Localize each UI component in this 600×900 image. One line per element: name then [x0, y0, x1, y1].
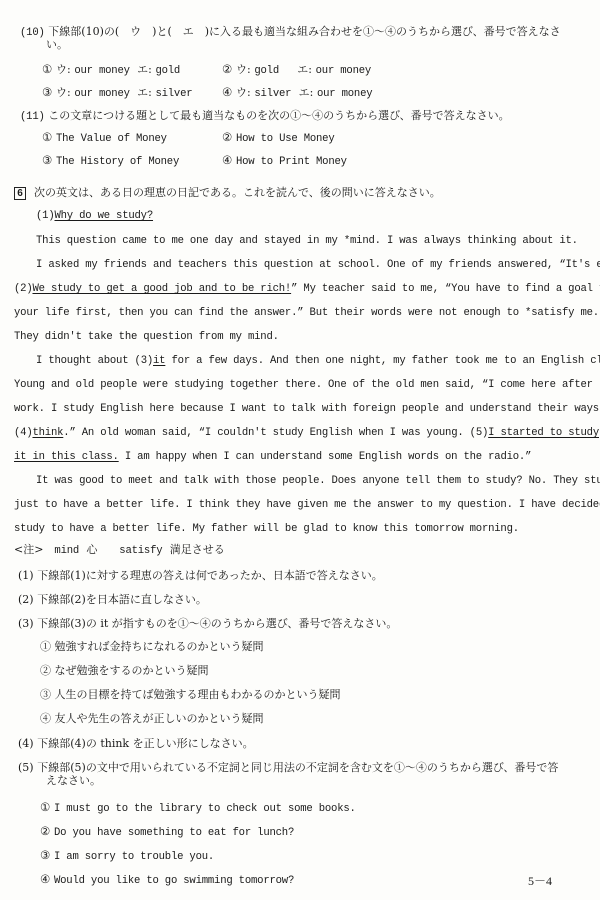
section-number-badge: 6: [14, 187, 26, 200]
question-5-line2: えなさい。: [46, 774, 101, 788]
option-marker: ①: [42, 130, 52, 144]
q10-option-1: ① ウ: our money エ: gold: [42, 62, 180, 78]
q11-number: (11): [20, 111, 45, 123]
option-marker: ②: [222, 130, 232, 144]
question-3: (3) 下線部(3)の it が指すものを①～④のうちから選び、番号で答えなさい…: [18, 616, 397, 631]
e-label: エ:: [137, 63, 152, 76]
passage-text: I thought about: [36, 355, 135, 367]
underlined-phrase-5b: it in this class.: [14, 451, 119, 463]
q3-option-3: ③ 人生の目標を持てば勉強する理由もわかるのかという疑問: [40, 688, 341, 702]
q5-option-2: ② Do you have something to eat for lunch…: [40, 824, 294, 840]
q10-number: (10): [20, 27, 45, 39]
underlined-phrase-5a: I started to study: [488, 427, 599, 439]
option-marker: ①: [42, 62, 52, 76]
e-value: our money: [316, 65, 371, 77]
underlined-word-3: it: [153, 355, 165, 367]
q10-option-3: ③ ウ: our money エ: silver: [42, 85, 192, 101]
q5-option-4: ④ Would you like to go swimming tomorrow…: [40, 872, 294, 888]
option-text: Do you have something to eat for lunch?: [54, 827, 294, 839]
u-label: ウ:: [236, 86, 251, 99]
section-intro-text: 次の英文は、ある日の理恵の日記である。これを読んで、後の問いに答えなさい。: [34, 186, 441, 199]
passage-p3-l2: Young and old people were studying toget…: [14, 378, 593, 392]
passage-p2-l4: They didn't take the question from my mi…: [14, 330, 279, 344]
notes-label: <注>: [14, 543, 43, 556]
q11-option-2: ② How to Use Money: [222, 130, 335, 146]
e-value: gold: [155, 65, 180, 77]
question-text: 下線部(3)の it が指すものを①～④のうちから選び、番号で答えなさい。: [37, 617, 397, 630]
question-4: (4) 下線部(4)の think を正しい形にしなさい。: [18, 736, 254, 751]
q3-option-1: ① 勉強すれば金持ちになれるのかという疑問: [40, 640, 264, 654]
q10-prompt-line1: 下線部(10)の( ウ )と( エ )に入る最も適当な組み合わせを①～④のうちか…: [48, 25, 560, 38]
u-value: our money: [74, 88, 129, 100]
question-text: 下線部(5)の文中で用いられている不定詞と同じ用法の不定詞を含む文を①～④のうち…: [37, 761, 558, 774]
passage-p3-l1: I thought about (3)it for a few days. An…: [36, 354, 600, 368]
note-word: mind: [54, 545, 79, 557]
underlined-word-4: think: [32, 427, 63, 439]
passage-p2-l3: your life first, then you can find the a…: [14, 306, 599, 320]
q10-option-4: ④ ウ: silver エ: our money: [222, 85, 372, 101]
passage-p3-l3: work. I study English here because I wan…: [14, 402, 600, 416]
option-text: Would you like to go swimming tomorrow?: [54, 875, 294, 887]
q5-option-3: ③ I am sorry to trouble you.: [40, 848, 214, 864]
option-text: How to Use Money: [236, 133, 335, 145]
question-number: (4): [18, 737, 34, 750]
underline-marker-3: (3): [135, 355, 153, 367]
passage-text: ” My teacher said to me, “You have to fi…: [291, 283, 600, 295]
underlined-title: Why do we study?: [54, 210, 153, 222]
note-meaning: 満足させる: [170, 543, 225, 556]
option-text: I must go to the library to check out so…: [54, 803, 356, 815]
question-number: (1): [18, 569, 34, 582]
note-word: satisfy: [119, 545, 162, 557]
question-1: (1) 下線部(1)に対する理恵の答えは何であったか、日本語で答えなさい。: [18, 568, 383, 583]
underline-marker-2: (2): [14, 283, 32, 295]
q11-option-1: ① The Value of Money: [42, 130, 167, 146]
u-value: gold: [254, 65, 279, 77]
u-value: silver: [254, 88, 291, 100]
option-text: 勉強すれば金持ちになれるのかという疑問: [55, 640, 264, 653]
underline-marker-5: (5): [470, 427, 488, 439]
option-text: 人生の目標を持てば勉強する理由もわかるのかという疑問: [55, 688, 341, 701]
question-number: (3): [18, 617, 34, 630]
underlined-phrase-2: We study to get a good job and to be ric…: [32, 283, 291, 295]
e-label: エ:: [297, 63, 312, 76]
q5-option-1: ① I must go to the library to check out …: [40, 800, 356, 816]
passage-p2-l1: I asked my friends and teachers this que…: [36, 258, 600, 272]
passage-p2-l2: (2)We study to get a good job and to be …: [14, 282, 600, 296]
u-value: our money: [74, 65, 129, 77]
passage-p3-l5: it in this class. I am happy when I can …: [14, 450, 531, 464]
u-label: ウ:: [236, 63, 251, 76]
question-number: (2): [18, 593, 34, 606]
q10-prompt-line2: い。: [46, 38, 68, 52]
passage-title: (1)Why do we study?: [36, 209, 153, 223]
passage-p4-l1: It was good to meet and talk with those …: [36, 474, 600, 488]
q11-option-4: ④ How to Print Money: [222, 153, 347, 169]
option-marker: ③: [42, 85, 52, 99]
option-marker: ③: [40, 848, 50, 862]
option-marker: ①: [40, 640, 51, 653]
vocabulary-notes: <注> mind 心 satisfy 満足させる: [14, 542, 225, 558]
option-marker: ①: [40, 800, 50, 814]
passage-text: for a few days. And then one night, my f…: [165, 355, 600, 367]
page-number: 5－4: [528, 872, 552, 889]
option-text: The History of Money: [56, 156, 179, 168]
passage-text: .” An old woman said, “I couldn't study …: [63, 427, 469, 439]
option-marker: ④: [222, 153, 232, 167]
option-marker: ②: [40, 664, 51, 677]
option-marker: ③: [40, 688, 51, 701]
option-marker: ④: [222, 85, 232, 99]
option-text: The Value of Money: [56, 133, 167, 145]
q10-prompt: (10) 下線部(10)の( ウ )と( エ )に入る最も適当な組み合わせを①～…: [20, 24, 561, 40]
passage-p1: This question came to me one day and sta…: [36, 234, 578, 248]
section-6-intro: 6次の英文は、ある日の理恵の日記である。これを読んで、後の問いに答えなさい。: [14, 185, 441, 200]
passage-p4-l3: study to have a better life. My father w…: [14, 522, 519, 536]
u-label: ウ:: [56, 63, 71, 76]
q11-option-3: ③ The History of Money: [42, 153, 179, 169]
option-text: 友人や先生の答えが正しいのかという疑問: [55, 712, 264, 725]
e-label: エ:: [137, 86, 152, 99]
note-meaning: 心: [86, 543, 97, 556]
question-text: 下線部(1)に対する理恵の答えは何であったか、日本語で答えなさい。: [37, 569, 382, 582]
question-2: (2) 下線部(2)を日本語に直しなさい。: [18, 592, 207, 607]
option-marker: ④: [40, 872, 50, 886]
passage-p3-l4: (4)think.” An old woman said, “I couldn'…: [14, 426, 599, 440]
q11-prompt: (11) この文章につける題として最も適当なものを次の①～④のうちから選び、番号…: [20, 108, 510, 124]
underline-marker-4: (4): [14, 427, 32, 439]
question-text: 下線部(4)の think を正しい形にしなさい。: [37, 737, 253, 750]
option-marker: ④: [40, 712, 51, 725]
question-5: (5) 下線部(5)の文中で用いられている不定詞と同じ用法の不定詞を含む文を①～…: [18, 760, 558, 775]
exam-page: (10) 下線部(10)の( ウ )と( エ )に入る最も適当な組み合わせを①～…: [0, 0, 600, 900]
title-marker: (1): [36, 210, 54, 222]
question-text: 下線部(2)を日本語に直しなさい。: [37, 593, 207, 606]
q10-option-2: ② ウ: gold エ: our money: [222, 62, 371, 78]
option-marker: ③: [42, 153, 52, 167]
u-label: ウ:: [56, 86, 71, 99]
e-label: エ:: [299, 86, 314, 99]
option-marker: ②: [40, 824, 50, 838]
question-number: (5): [18, 761, 34, 774]
option-text: なぜ勉強をするのかという疑問: [55, 664, 209, 677]
e-value: our money: [317, 88, 372, 100]
passage-p4-l2: just to have a better life. I think they…: [14, 498, 600, 512]
option-text: I am sorry to trouble you.: [54, 851, 214, 863]
e-value: silver: [155, 88, 192, 100]
option-marker: ②: [222, 62, 232, 76]
q3-option-4: ④ 友人や先生の答えが正しいのかという疑問: [40, 712, 264, 726]
option-text: How to Print Money: [236, 156, 347, 168]
q11-prompt-text: この文章につける題として最も適当なものを次の①～④のうちから選び、番号で答えなさ…: [48, 109, 509, 122]
q3-option-2: ② なぜ勉強をするのかという疑問: [40, 664, 209, 678]
passage-text: I am happy when I can understand some En…: [119, 451, 532, 463]
